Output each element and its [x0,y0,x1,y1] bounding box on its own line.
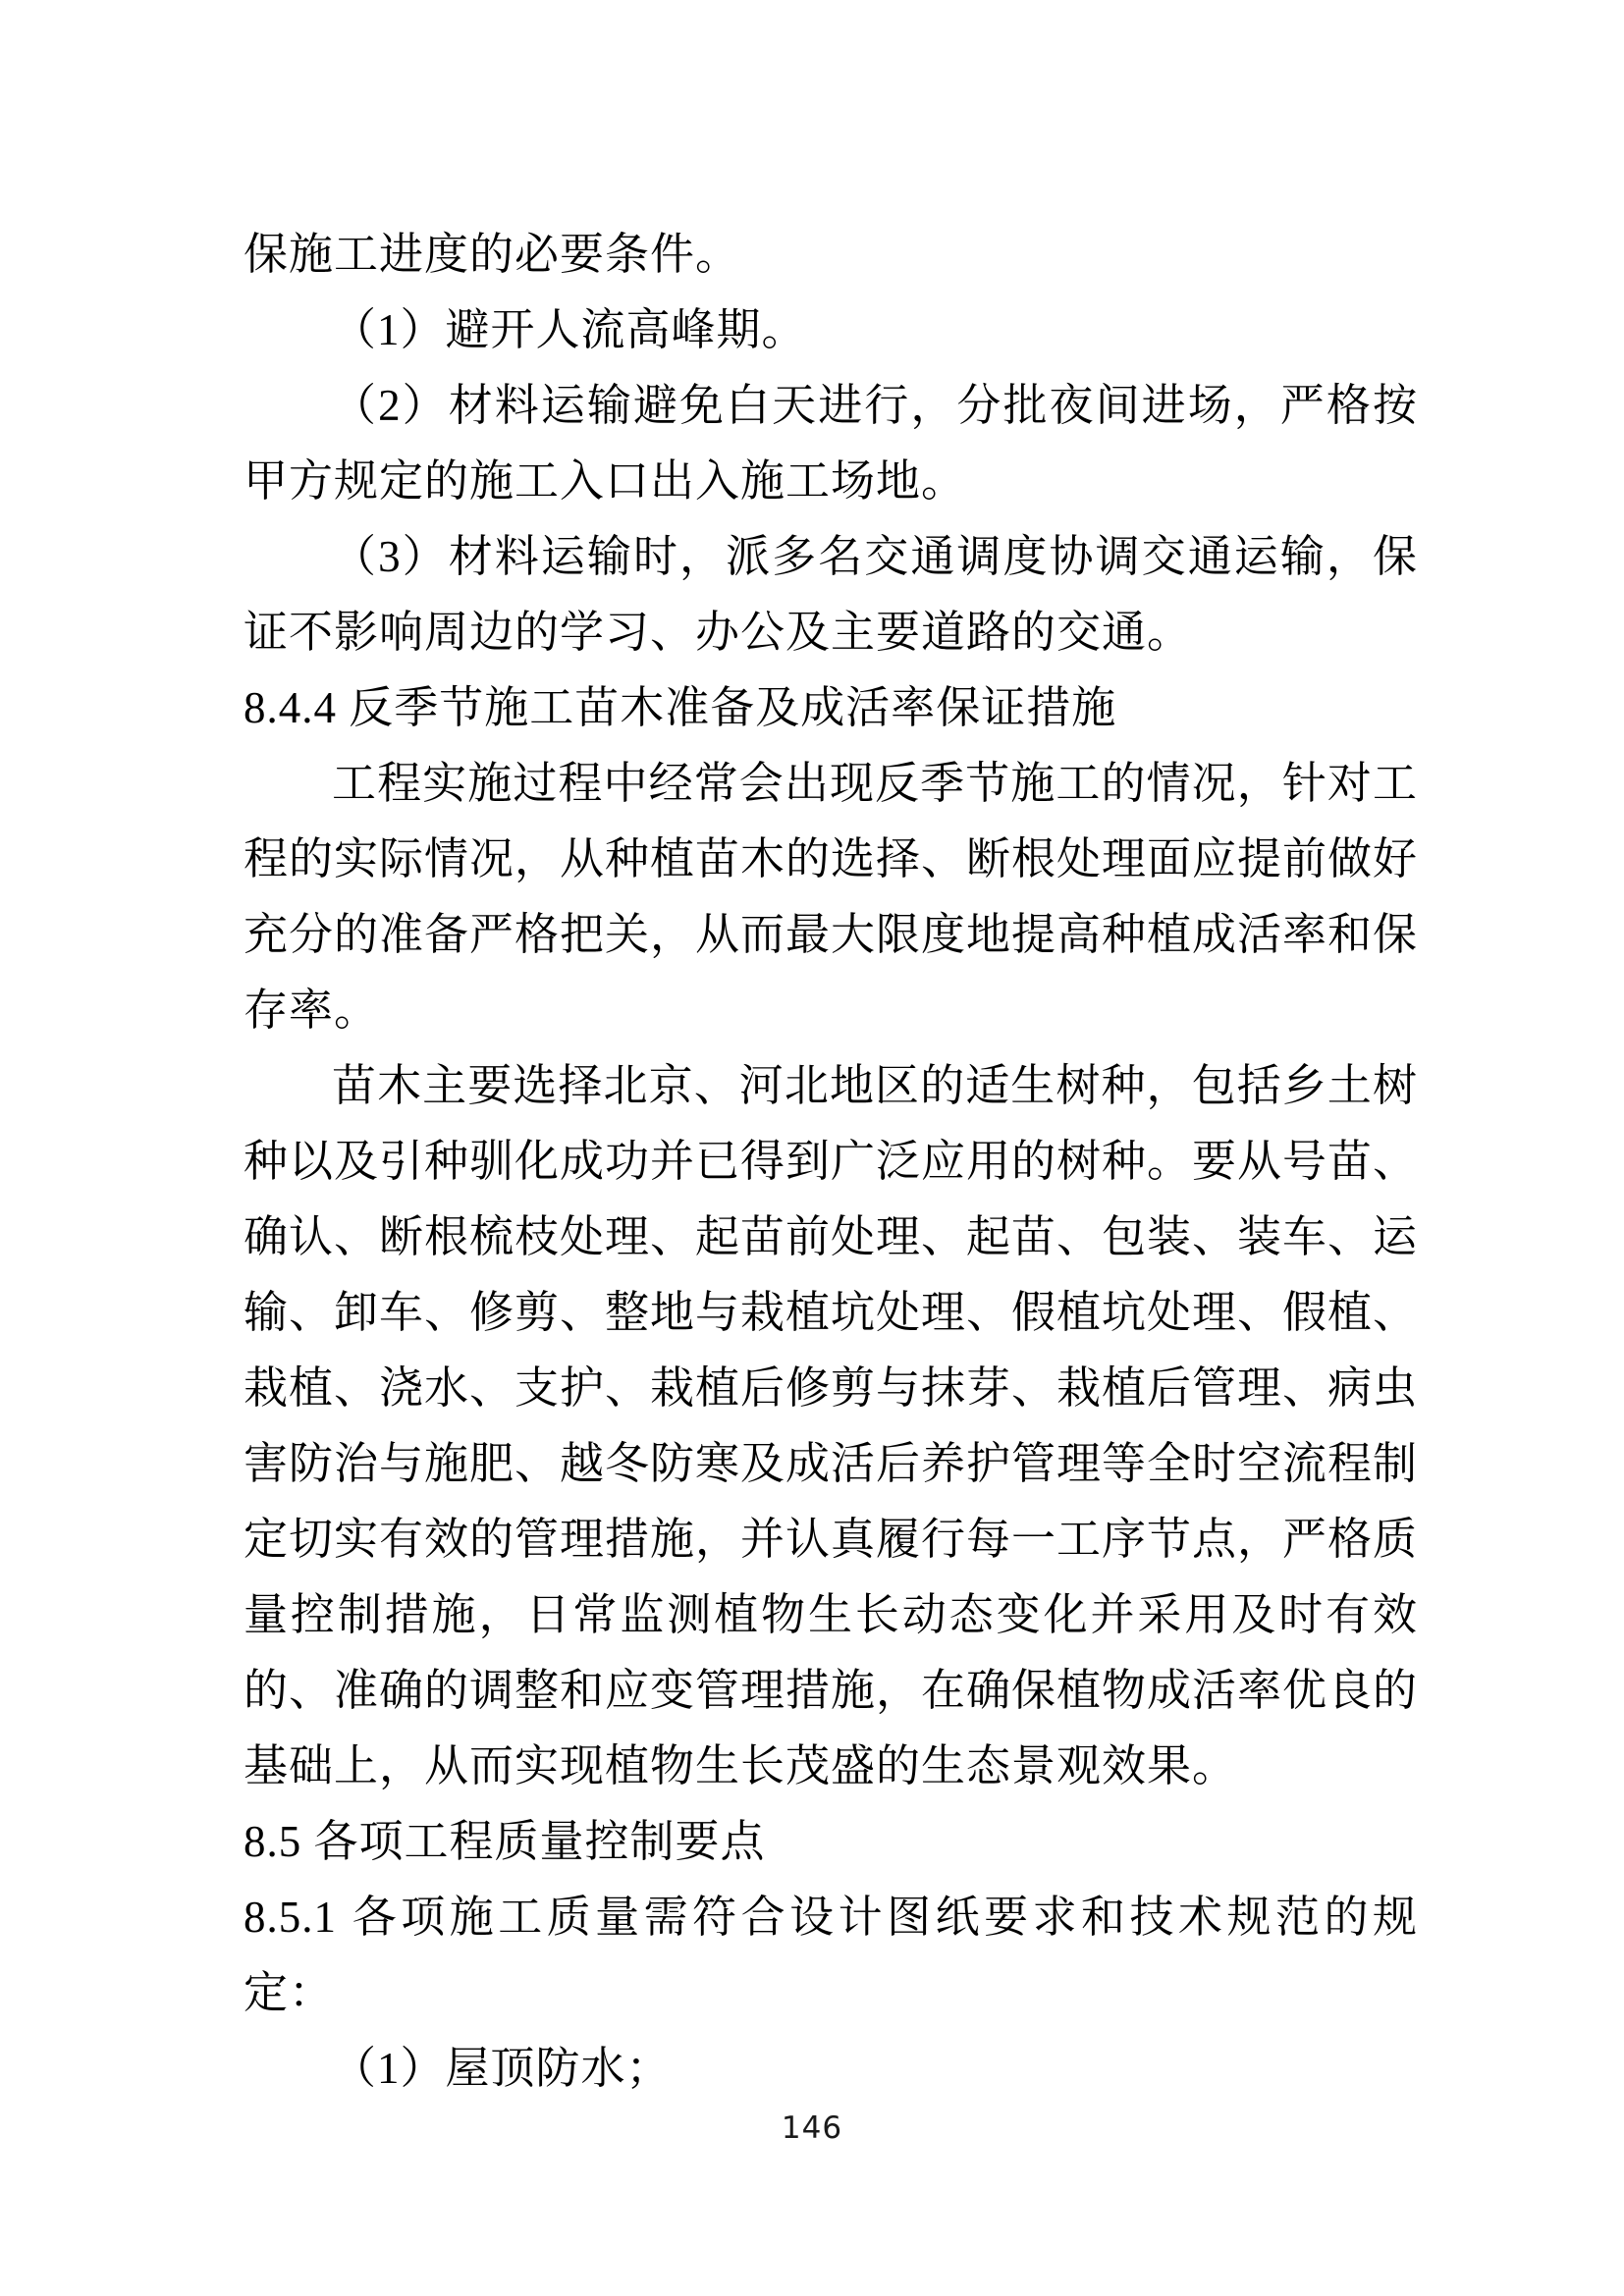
list-item-2: （2）材料运输避免白天进行，分批夜间进场，严格按甲方规定的施工入口出入施工场地。 [244,368,1418,519]
paragraph-continuation: 保施工进度的必要条件。 [244,217,1418,293]
heading-8-5: 8.5 各项工程质量控制要点 [244,1804,1418,1880]
page-footer: 146 [0,2110,1624,2146]
heading-8-5-1: 8.5.1 各项施工质量需符合设计图纸要求和技术规范的规定： [244,1880,1418,2031]
list-item-3: （3）材料运输时，派多名交通调度协调交通运输，保证不影响周边的学习、办公及主要道… [244,519,1418,670]
list-item-roof: （1）屋顶防水； [244,2031,1418,2107]
page-number: 146 [782,2110,842,2146]
heading-8-4-4: 8.4.4 反季节施工苗木准备及成活率保证措施 [244,670,1418,746]
document-body: 保施工进度的必要条件。 （1）避开人流高峰期。 （2）材料运输避免白天进行，分批… [244,217,1418,2107]
paragraph: 苗木主要选择北京、河北地区的适生树种，包括乡土树种以及引种驯化成功并已得到广泛应… [244,1048,1418,1804]
document-page: 保施工进度的必要条件。 （1）避开人流高峰期。 （2）材料运输避免白天进行，分批… [0,0,1624,2296]
list-item-1: （1）避开人流高峰期。 [244,293,1418,368]
paragraph: 工程实施过程中经常会出现反季节施工的情况，针对工程的实际情况，从种植苗木的选择、… [244,746,1418,1048]
